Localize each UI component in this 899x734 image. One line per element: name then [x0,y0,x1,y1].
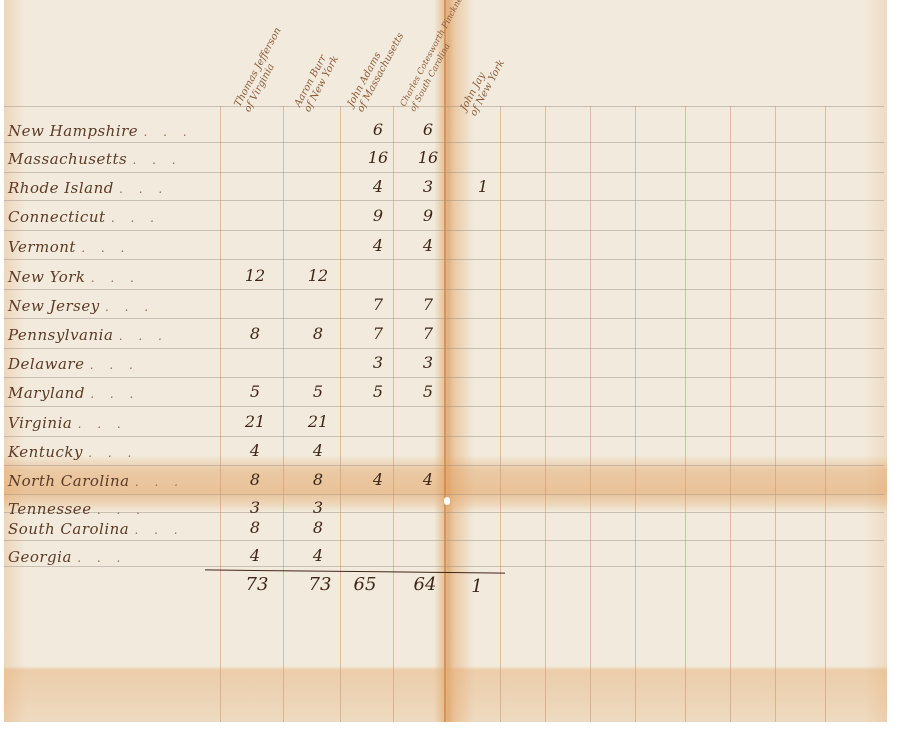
state-name: New Hampshire . . . [8,122,193,140]
vote-cell: 3 [235,498,275,517]
state-name: Rhode Island . . . [8,179,168,197]
vote-cell: 8 [235,324,275,343]
vote-cell: 4 [358,236,398,255]
state-name: South Carolina . . . [8,520,184,538]
vote-cell: 7 [358,324,398,343]
state-label: Connecticut [8,208,106,226]
vote-cell: 8 [235,470,275,489]
vote-cell: 4 [298,546,338,565]
state-name: Tennessee . . . [8,500,146,518]
state-label: Maryland [8,384,85,402]
vote-cell: 4 [408,470,448,489]
state-label: Vermont [8,238,76,256]
leader-dots: . . . [105,300,154,314]
total-burr: 73 [300,574,340,595]
state-name: Kentucky . . . [8,443,137,461]
leader-dots: . . . [135,523,184,537]
state-name: New York . . . [8,268,140,286]
vote-cell: 6 [358,120,398,139]
vote-cell: 3 [358,353,398,372]
vote-cell: 9 [358,206,398,225]
state-name: Virginia . . . [8,414,127,432]
vote-cell: 4 [408,236,448,255]
vote-cell: 12 [298,266,338,285]
state-label: North Carolina [8,472,130,490]
vote-cell: 21 [298,412,338,431]
leader-dots: . . . [135,475,184,489]
vote-cell: 12 [235,266,275,285]
vote-cell: 4 [235,546,275,565]
vote-cell: 1 [463,177,503,196]
leader-dots: . . . [88,446,137,460]
leader-dots: . . . [97,503,146,517]
total-jay: 1 [457,576,497,597]
vote-cell: 8 [298,470,338,489]
state-label: Rhode Island [8,179,114,197]
vote-cell: 4 [235,441,275,460]
vote-cell: 3 [298,498,338,517]
vote-cell: 9 [408,206,448,225]
leader-dots: . . . [132,153,181,167]
state-label: Virginia [8,414,72,432]
vote-cell: 7 [358,295,398,314]
vote-cell: 5 [408,382,448,401]
vote-cell: 4 [298,441,338,460]
state-name: Pennsylvania . . . [8,326,168,344]
state-label: New York [8,268,86,286]
state-name: Massachusetts . . . [8,150,182,168]
leader-dots: . . . [119,182,168,196]
total-adams: 65 [345,574,385,595]
state-name: Connecticut . . . [8,208,160,226]
total-pinckney: 64 [405,574,445,595]
state-label: Delaware [8,355,84,373]
vote-cell: 8 [298,324,338,343]
vote-cell: 7 [408,324,448,343]
leader-dots: . . . [143,125,192,139]
state-name: Maryland . . . [8,384,139,402]
state-label: Kentucky [8,443,83,461]
state-name: Georgia . . . [8,548,126,566]
state-label: Tennessee [8,500,92,518]
vote-cell: 5 [298,382,338,401]
vote-cell: 5 [235,382,275,401]
state-name: Delaware . . . [8,355,139,373]
vote-cell: 8 [298,518,338,537]
leader-dots: . . . [90,387,139,401]
leader-dots: . . . [119,329,168,343]
state-label: Massachusetts [8,150,127,168]
vote-cell: 6 [408,120,448,139]
vote-cell: 16 [408,148,448,167]
vote-cell: 3 [408,177,448,196]
leader-dots: . . . [91,271,140,285]
state-label: Pennsylvania [8,326,113,344]
leader-dots: . . . [81,241,130,255]
state-name: Vermont . . . [8,238,130,256]
state-label: New Jersey [8,297,100,315]
state-name: New Jersey . . . [8,297,154,315]
state-name: North Carolina . . . [8,472,184,490]
state-label: South Carolina [8,520,129,538]
paper-tear [444,497,450,505]
leader-dots: . . . [90,358,139,372]
vote-cell: 7 [408,295,448,314]
leader-dots: . . . [77,551,126,565]
total-jefferson: 73 [237,574,277,595]
vote-cell: 5 [358,382,398,401]
state-label: Georgia [8,548,72,566]
vote-cell: 16 [358,148,398,167]
leader-dots: . . . [78,417,127,431]
vote-cell: 4 [358,470,398,489]
leader-dots: . . . [111,211,160,225]
vote-cell: 4 [358,177,398,196]
state-label: New Hampshire [8,122,138,140]
vote-cell: 21 [235,412,275,431]
vote-cell: 3 [408,353,448,372]
vote-cell: 8 [235,518,275,537]
